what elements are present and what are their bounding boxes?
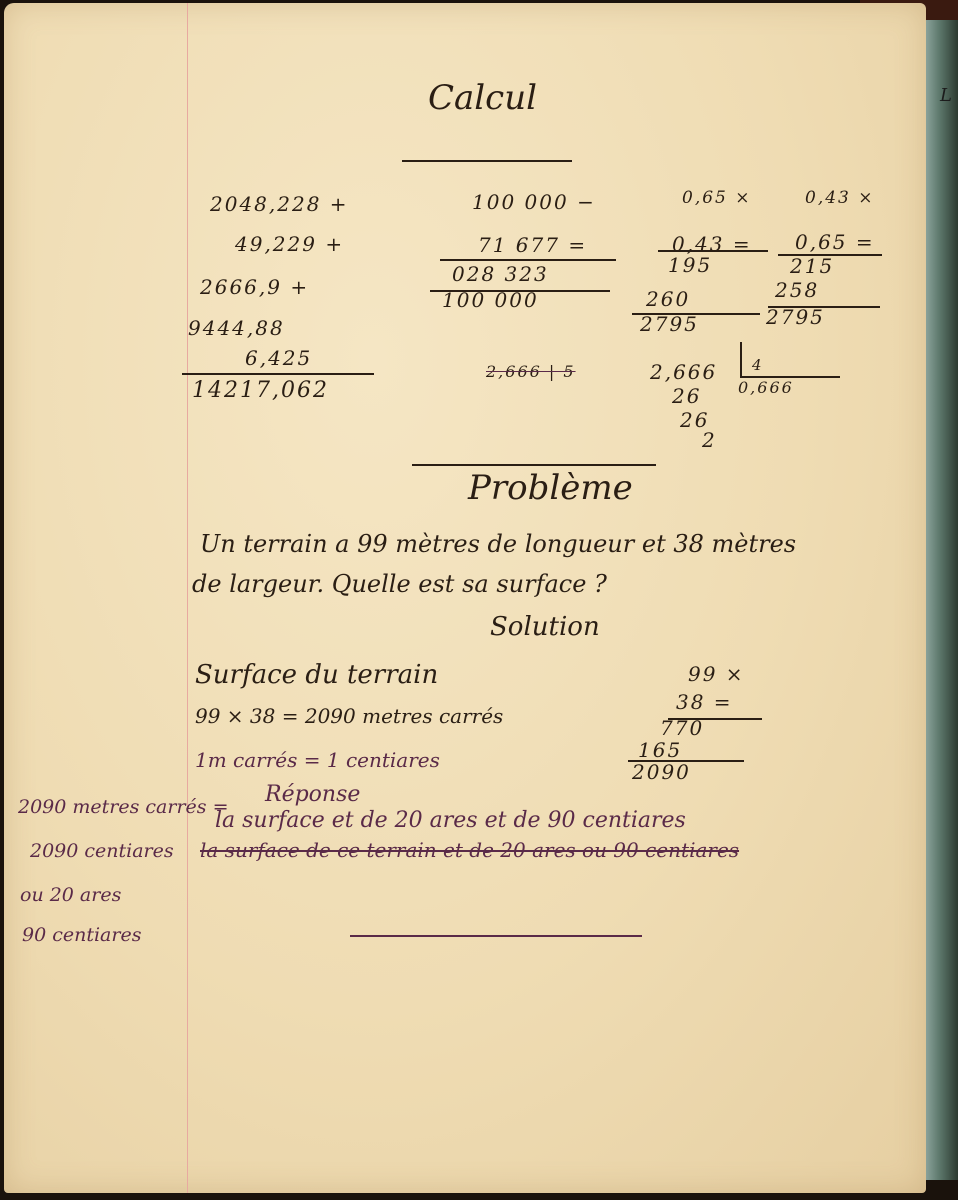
calcul-title: Calcul <box>428 78 537 118</box>
multiplication-partial: 260 <box>646 287 690 311</box>
multiplication-line: 99 × <box>688 662 745 686</box>
addition-result: 14217,062 <box>192 378 329 403</box>
probleme-title-overline <box>412 464 656 466</box>
multiplication-line: 38 = <box>676 690 733 714</box>
margin-note: ou 20 ares <box>20 884 121 906</box>
margin-note: 2090 metres carrés = <box>18 796 229 818</box>
multiplication-result: 2090 <box>632 760 691 784</box>
multiplication-partial: 770 <box>660 716 704 740</box>
division-dividend: 2,666 <box>650 360 717 384</box>
division-quotient: 0,666 <box>738 378 794 397</box>
margin-note: 2090 centiares <box>30 840 174 862</box>
multiplication-result: 2795 <box>640 312 699 336</box>
multiplication-line: 0,65 × <box>682 188 752 208</box>
notebook-page <box>4 3 926 1193</box>
solution-title: Solution <box>490 612 600 642</box>
notebook-binding <box>926 20 958 1180</box>
addition-line: 6,425 <box>245 346 312 370</box>
solution-line: 1m carrés = 1 centiares <box>195 748 440 772</box>
reponse-line: la surface et de 20 ares et de 90 centia… <box>215 808 686 833</box>
addition-line: 9444,88 <box>188 316 285 340</box>
multiplication-partial: 258 <box>775 278 819 302</box>
subtraction-result: 028 323 <box>452 262 549 286</box>
multiplication-rule <box>658 250 768 252</box>
division-bracket <box>740 342 742 378</box>
division-remainder: 26 <box>672 384 701 408</box>
margin-line <box>187 3 188 1193</box>
subtraction-rule <box>440 259 616 261</box>
addition-line: 2048,228 + <box>210 192 349 216</box>
addition-line: 2666,9 + <box>200 275 309 299</box>
subtraction-line: 100 000 − <box>472 190 596 214</box>
division-divisor: 4 <box>752 356 764 374</box>
calcul-title-underline <box>402 160 572 162</box>
multiplication-partial: 215 <box>790 254 834 278</box>
subtraction-check: 100 000 <box>442 288 539 312</box>
multiplication-result: 2795 <box>766 305 825 329</box>
multiplication-line: 0,43 × <box>805 188 875 208</box>
addition-rule <box>182 373 374 375</box>
multiplication-partial: 195 <box>668 253 712 277</box>
solution-line: 99 × 38 = 2090 metres carrés <box>195 704 503 728</box>
reponse-line-struck: la surface de ce terrain et de 20 ares o… <box>200 838 739 862</box>
end-rule <box>350 935 642 937</box>
problem-statement-line: de largeur. Quelle est sa surface ? <box>192 570 607 598</box>
multiplication-partial: 165 <box>638 738 682 762</box>
division-remainder: 2 <box>702 428 717 452</box>
next-page-letter: L <box>940 85 952 106</box>
probleme-title: Problème <box>468 468 633 508</box>
margin-note: 90 centiares <box>22 924 141 946</box>
division-scratch-struck: 2,666 | 5 <box>486 362 576 381</box>
solution-line: Surface du terrain <box>195 660 438 690</box>
multiplication-line: 0,65 = <box>795 230 875 254</box>
problem-statement-line: Un terrain a 99 mètres de longueur et 38… <box>200 530 796 558</box>
reponse-title: Réponse <box>265 782 360 807</box>
addition-line: 49,229 + <box>235 232 344 256</box>
subtraction-line: 71 677 = <box>478 233 587 257</box>
